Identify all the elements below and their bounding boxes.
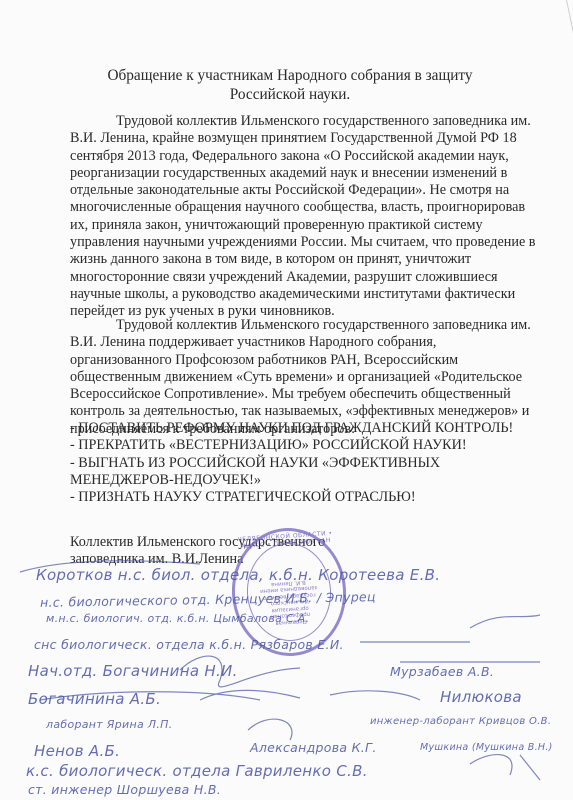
document-title: Обращение к участникам Народного собрани… <box>60 66 520 104</box>
paragraph-2-text: Трудовой коллектив Ильменского государст… <box>70 317 531 437</box>
demand-item: - ВЫГНАТЬ ИЗ РОССИЙСКОЙ НАУКИ «ЭФФЕКТИВН… <box>70 455 540 472</box>
demands-list: - ПОСТАВИТЬ РЕФОРМУ НАУКИ ПОД ГРАЖДАНСКИ… <box>70 420 540 506</box>
paragraph-1: Трудовой коллектив Ильменского государст… <box>70 113 540 321</box>
page-edge-line <box>566 0 573 39</box>
signature-scrawls <box>0 550 573 800</box>
demand-item: - ПРЕКРАТИТЬ «ВЕСТЕРНИЗАЦИЮ» РОССИЙСКОЙ … <box>70 437 540 454</box>
stamp-ring-text: ЧЕЛЯБИНСКОЙ ОБЛАСТИ • МИАСС • ПРОФСОЮЗ Р… <box>231 529 340 550</box>
demand-item: МЕНЕДЖЕРОВ-НЕДОУЧЕК!» <box>70 472 540 489</box>
scanned-document-page: Обращение к участникам Народного собрани… <box>0 0 573 800</box>
demand-item: - ПОСТАВИТЬ РЕФОРМУ НАУКИ ПОД ГРАЖДАНСКИ… <box>70 420 540 437</box>
demand-item: - ПРИЗНАТЬ НАУКУ СТРАТЕГИЧЕСКОЙ ОТРАСЛЬЮ… <box>70 489 540 506</box>
paragraph-1-text: Трудовой коллектив Ильменского государст… <box>70 113 536 319</box>
title-line-2: Российской науки. <box>60 85 520 104</box>
title-line-1: Обращение к участникам Народного собрани… <box>60 66 520 85</box>
